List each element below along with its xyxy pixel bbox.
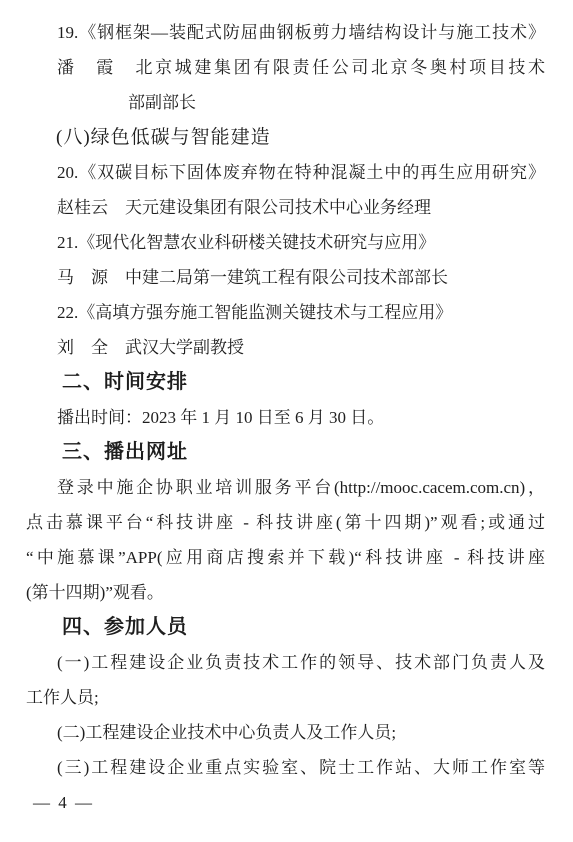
lecture-21-speaker: 马 源 中建二局第一建筑工程有限公司技术部部长 [26,260,545,295]
website-line-1: 登录中施企协职业培训服务平台(http://mooc.cacem.com.cn)… [26,470,545,505]
attendees-line-1-wrap: 工作人员; [26,680,545,715]
lecture-22-title: 22.《高填方强夯施工智能监测关键技术与工程应用》 [26,295,545,330]
lecture-19-title: 19.《钢框架—装配式防屈曲钢板剪力墙结构设计与施工技术》 [26,15,545,50]
page-number: — 4 — [26,785,545,820]
website-line-4: (第十四期)”观看。 [26,575,545,610]
lecture-22-speaker: 刘 全 武汉大学副教授 [26,330,545,365]
document-page: 19.《钢框架—装配式防屈曲钢板剪力墙结构设计与施工技术》 潘 霞 北京城建集团… [0,0,573,842]
lecture-19-speaker-wrap: 部副部长 [26,85,545,120]
lecture-20-speaker: 赵桂云 天元建设集团有限公司技术中心业务经理 [26,190,545,225]
website-line-3: “中施慕课”APP(应用商店搜索并下载)“科技讲座 - 科技讲座 [26,540,545,575]
section-heading-schedule: 二、时间安排 [26,365,545,400]
website-line-2: 点击慕课平台“科技讲座 - 科技讲座(第十四期)”观看;或通过 [26,505,545,540]
lecture-21-title: 21.《现代化智慧农业科研楼关键技术研究与应用》 [26,225,545,260]
attendees-line-3: (三)工程建设企业重点实验室、院士工作站、大师工作室等 [26,750,545,785]
broadcast-time-line: 播出时间：2023 年 1 月 10 日至 6 月 30 日。 [26,400,545,435]
attendees-line-2: (二)工程建设企业技术中心负责人及工作人员; [26,715,545,750]
section-heading-attendees: 四、参加人员 [26,610,545,645]
subsection-heading-8: (八)绿色低碳与智能建造 [26,120,545,155]
lecture-20-title: 20.《双碳目标下固体废弃物在特种混凝土中的再生应用研究》 [26,155,545,190]
lecture-19-speaker: 潘 霞 北京城建集团有限责任公司北京冬奥村项目技术 [26,50,545,85]
attendees-line-1: (一)工程建设企业负责技术工作的领导、技术部门负责人及 [26,645,545,680]
section-heading-website: 三、播出网址 [26,435,545,470]
